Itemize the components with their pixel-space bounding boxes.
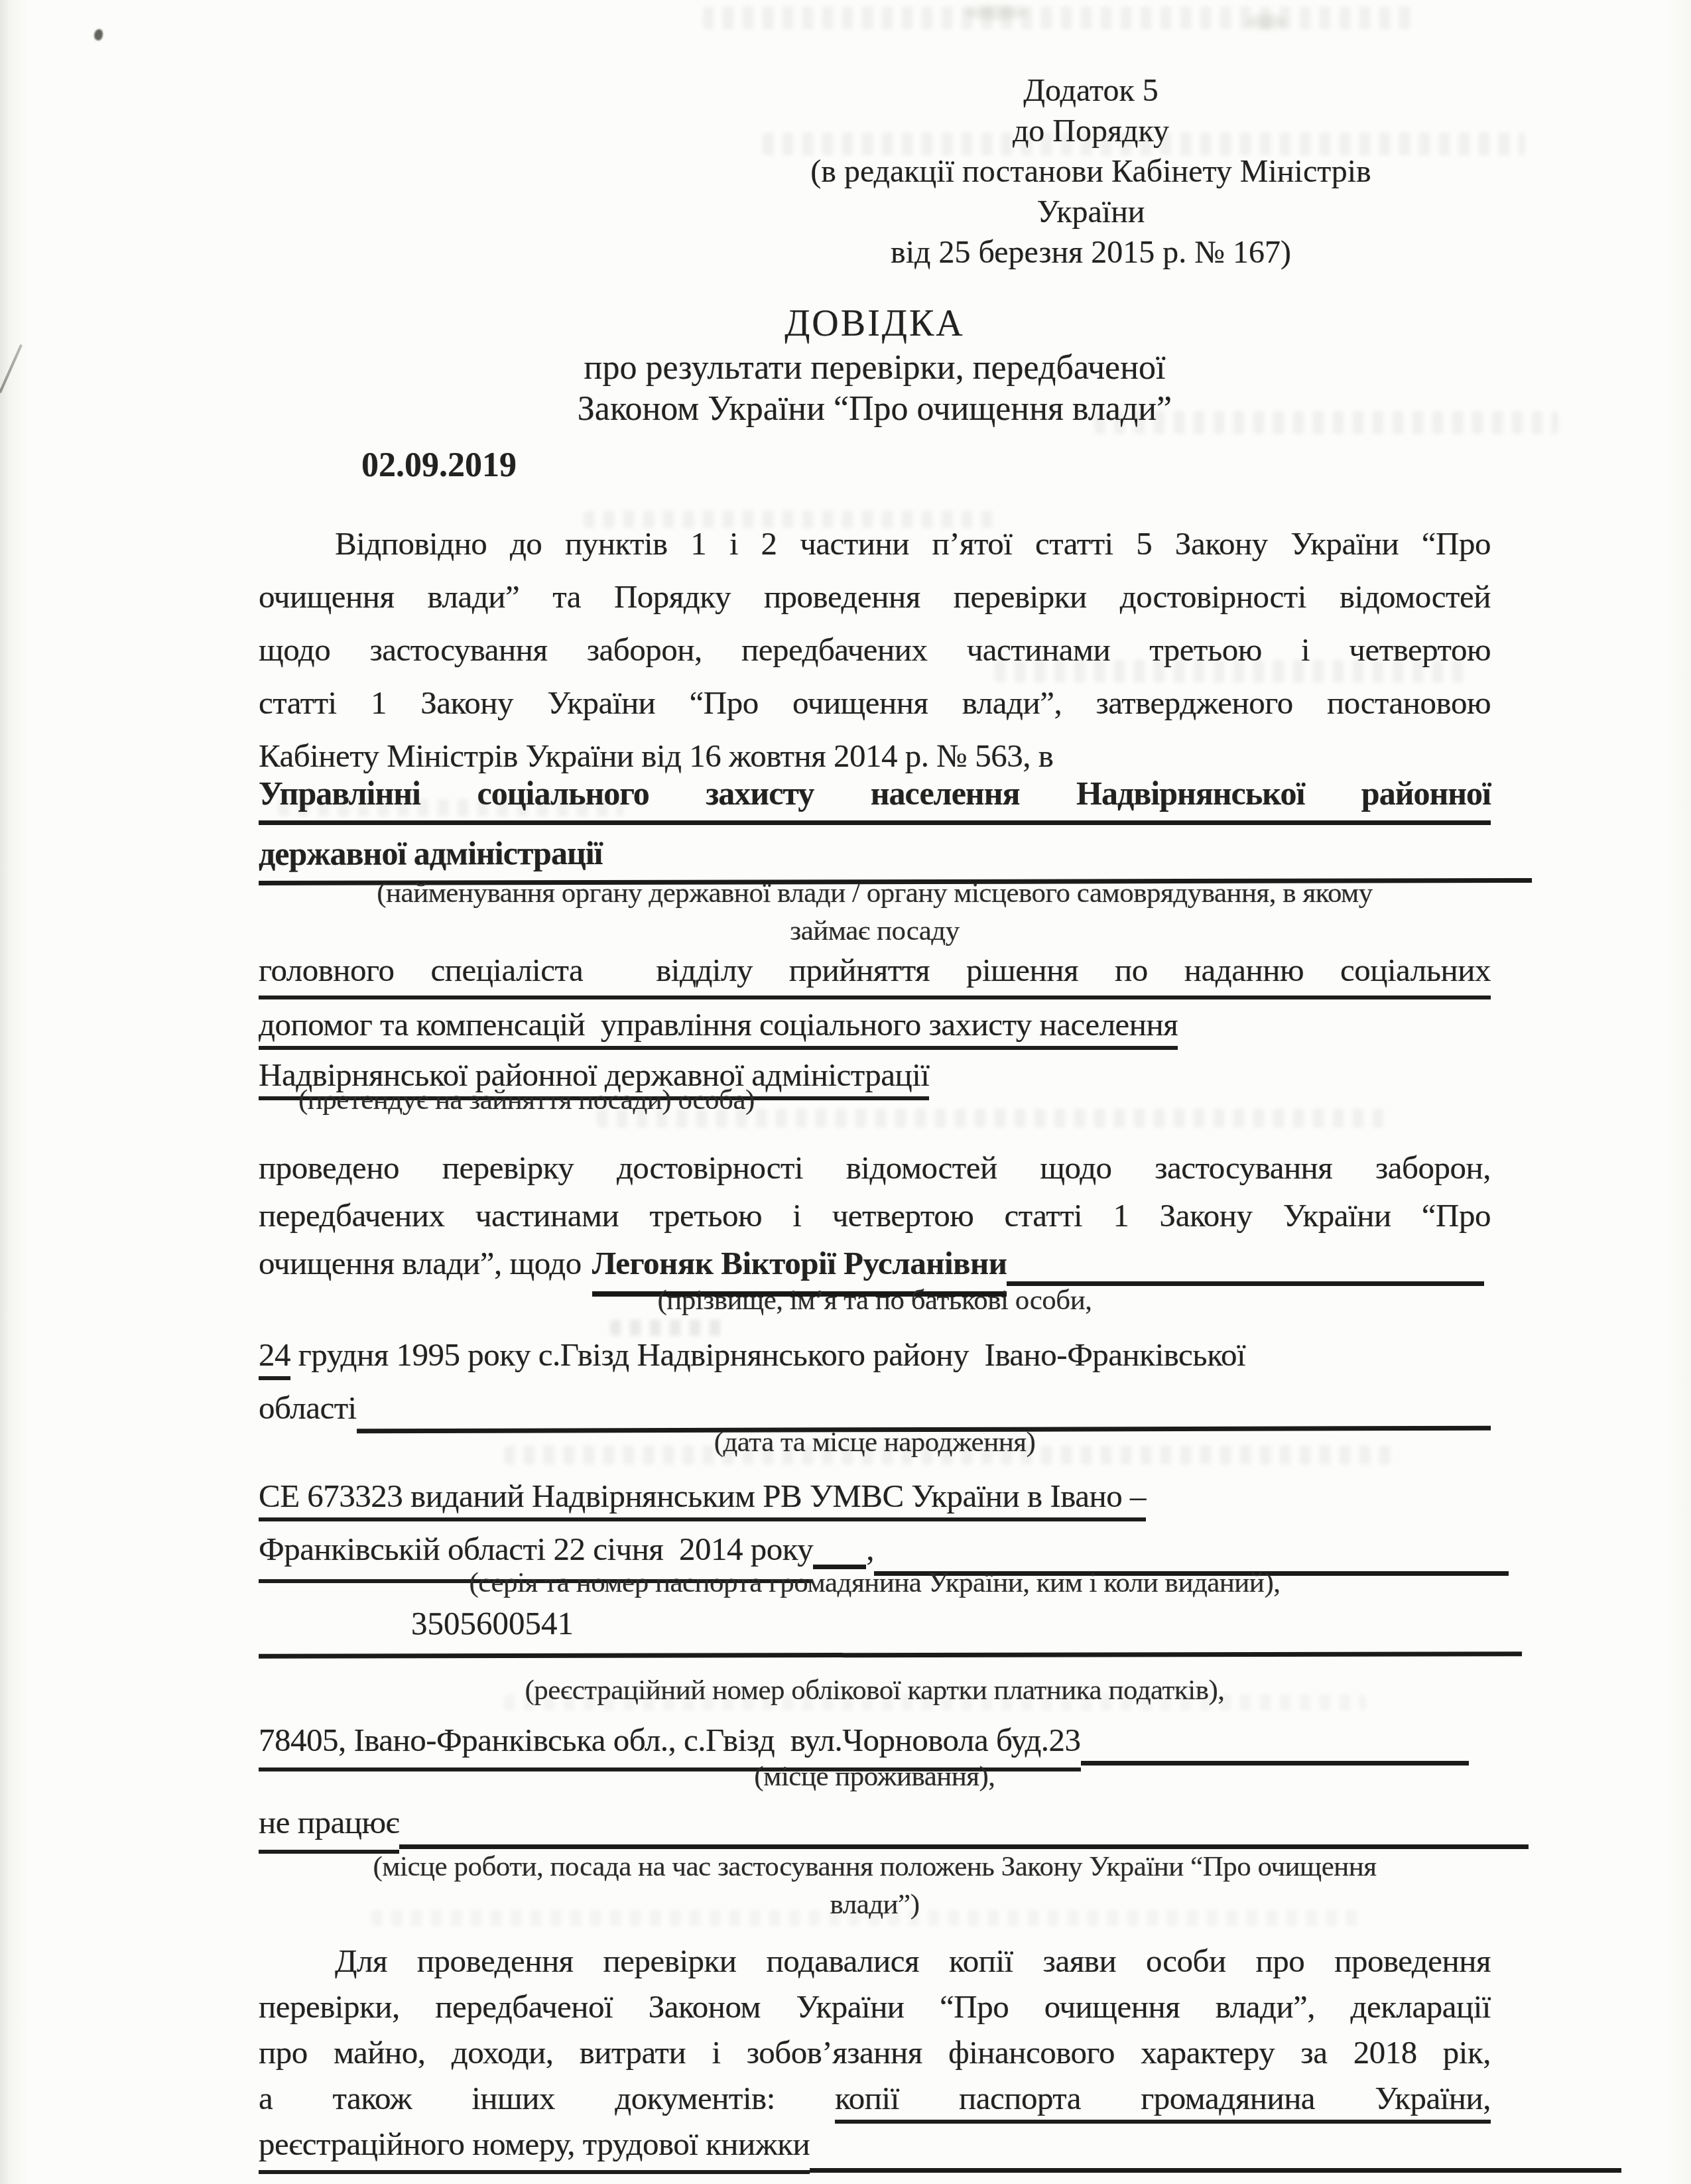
scanned-document-page: Додаток 5 до Порядку (в редакції постано…: [0, 0, 1691, 2184]
intro-line: щодо застосування заборон, передбачених …: [259, 623, 1491, 676]
intro-line: Відповідно до пунктів 1 і 2 частини п’ят…: [259, 517, 1491, 570]
birth-caption: (дата та місце народження): [259, 1423, 1491, 1461]
documents-line5-underlined: реєстраційного номеру, трудової книжки: [259, 2121, 810, 2174]
position-held: головного спеціаліста відділу прийняття …: [259, 945, 1491, 1100]
document-title: ДОВІДКА: [259, 300, 1491, 348]
organization-line: Управлінні соціального захисту населення…: [259, 766, 1491, 825]
document-date: 02.09.2019: [259, 446, 1594, 485]
birth-info: 24 грудня 1995 року с.Гвізд Надвірнянськ…: [259, 1328, 1491, 1435]
position-line: допомог та компенсацій управління соціал…: [259, 999, 1491, 1050]
employment-caption-line2: влади”): [259, 1886, 1491, 1923]
blank-underline: [1007, 1240, 1484, 1286]
position-line: головного спеціаліста відділу прийняття …: [259, 945, 1491, 999]
employment-caption-line1: (місце роботи, посада на час застосуванн…: [259, 1848, 1491, 1886]
pen-mark: [0, 344, 23, 394]
position-caption: (претендує на зайняття посади) особа): [259, 1081, 1531, 1119]
organization-caption-line2: займає посаду: [259, 912, 1491, 950]
passport-caption: (серія та номер паспорта громадянина Укр…: [259, 1564, 1491, 1602]
document-subtitle-1: про результати перевірки, передбаченої: [259, 348, 1491, 389]
birth-day: 24: [259, 1336, 290, 1380]
documents-paragraph: Для проведення перевірки подавалися копі…: [259, 1938, 1491, 2174]
employment-caption: (місце роботи, посада на час застосуванн…: [259, 1848, 1491, 1923]
birth-line1: 24 грудня 1995 року с.Гвізд Надвірнянськ…: [259, 1328, 1491, 1381]
organization-name: Управлінні соціального захисту населення…: [259, 766, 1491, 884]
passport-line1: СЕ 673323 виданий Надвірнянським РВ УМВС…: [259, 1470, 1491, 1523]
intro-line: очищення влади” та Порядку проведення пе…: [259, 570, 1491, 623]
document-subtitle-2: Законом України “Про очищення влади”: [259, 389, 1491, 430]
organization-caption-line1: (найменування органу державної влади / о…: [259, 874, 1491, 912]
documents-line5: реєстраційного номеру, трудової книжки: [259, 2121, 1491, 2174]
birth-line1-rest: грудня 1995 року с.Гвізд Надвірнянського…: [298, 1336, 1245, 1373]
check-line: передбачених частинами третьою і четверт…: [259, 1192, 1491, 1240]
check-line: проведено перевірку достовірності відомо…: [259, 1144, 1491, 1192]
intro-line: статті 1 Закону України “Про очищення вл…: [259, 676, 1491, 730]
employment-field: не працює: [259, 1799, 1491, 1854]
position-line-text: допомог та компенсацій управління соціал…: [259, 1006, 1178, 1050]
tax-number-field: 3505600541: [259, 1602, 1522, 1658]
document-body: ДОВІДКА про результати перевірки, передб…: [259, 0, 1491, 2184]
scan-speck: [94, 29, 103, 40]
intro-paragraph: Відповідно до пунктів 1 і 2 частини п’ят…: [259, 517, 1491, 783]
employment-line: не працює: [259, 1799, 1491, 1854]
tax-number: 3505600541: [411, 1605, 574, 1641]
tax-number-caption: (реєстраційний номер облікової картки пл…: [259, 1671, 1491, 1709]
documents-line4-prefix: а також інших документів:: [259, 2080, 775, 2116]
documents-line: Для проведення перевірки подавалися копі…: [259, 1938, 1491, 1984]
documents-line: про майно, доходи, витрати і зобов’язанн…: [259, 2029, 1491, 2075]
blank-underline: [399, 1803, 1529, 1849]
organization-caption: (найменування органу державної влади / о…: [259, 874, 1491, 950]
check-name-prefix: очищення влади”, щодо: [259, 1240, 582, 1287]
documents-line4-underlined: копії паспорта громадянина України,: [835, 2080, 1491, 2124]
person-name-caption: (прізвище, ім’я та по батькові особи,: [259, 1281, 1491, 1319]
check-paragraph: проведено перевірку достовірності відомо…: [259, 1144, 1491, 1297]
documents-line4: а також інших документів: копії паспорта…: [259, 2075, 1491, 2121]
employment-status: не працює: [259, 1799, 399, 1854]
blank-underline-segment: [813, 1523, 866, 1569]
documents-line: перевірки, передбаченої Законом України …: [259, 1984, 1491, 2029]
residence-caption: (місце проживання),: [259, 1758, 1491, 1795]
document-title-block: ДОВІДКА про результати перевірки, передб…: [259, 300, 1491, 430]
passport-line1-text: СЕ 673323 виданий Надвірнянським РВ УМВС…: [259, 1478, 1146, 1521]
blank-underline: [810, 2126, 1621, 2173]
